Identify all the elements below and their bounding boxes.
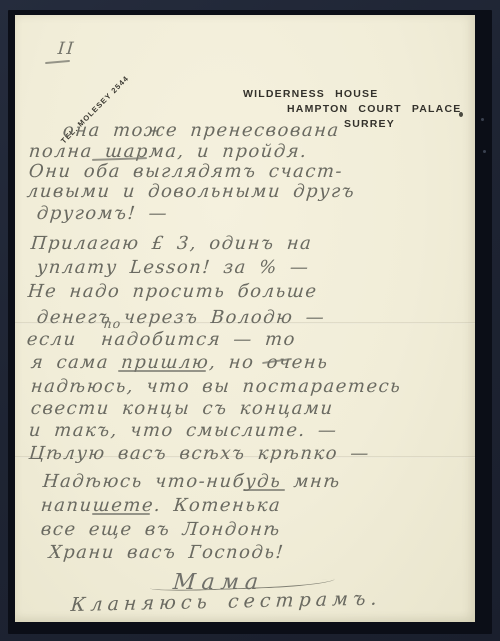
handwritten-line: надѣюсь, что вы постараетесь — [30, 376, 402, 397]
letterhead-house-line: WILDERNESS HOUSE — [243, 88, 378, 100]
letterhead-palace-line: HAMPTON COURT PALACE — [287, 103, 461, 115]
handwritten-line: денегъ черезъ Володю — — [36, 307, 326, 328]
handwritten-line: если надобится — то — [26, 329, 297, 350]
handwritten-line: Не надо просить больше — [27, 281, 318, 302]
letterhead-county-line: SURREY — [344, 118, 395, 130]
handwritten-line: она тоже пренесвована — [62, 120, 341, 141]
handwritten-line: Они оба выглядятъ счаст- — [28, 161, 344, 182]
letter-page: II TEL. MOLESEY 2544 WILDERNESS HOUSE HA… — [15, 15, 475, 622]
handwritten-line: Храни васъ Господь! — [48, 542, 285, 563]
inserted-word: по — [103, 316, 122, 331]
photo-frame: II TEL. MOLESEY 2544 WILDERNESS HOUSE HA… — [0, 0, 500, 641]
handwritten-line: полна шарма, и пройдя. — [28, 141, 308, 162]
handwritten-line: Прилагаю £ 3, одинъ на — [30, 233, 313, 254]
closing-line: Кланяюсь сестрамъ. — [70, 588, 382, 616]
handwritten-line: и такъ, что смыслите. — — [28, 420, 338, 441]
handwritten-line: другомъ! — — [36, 203, 169, 224]
page-number: II — [57, 39, 76, 59]
handwritten-line: все еще въ Лондонѣ — [40, 519, 282, 540]
underline-stroke — [92, 513, 150, 515]
handwritten-line: Надѣюсь что-нибудь мнѣ — [42, 471, 342, 492]
underline-stroke — [243, 489, 285, 491]
handwritten-line: Цѣлую васъ всѣхъ крѣпко — — [28, 443, 371, 464]
mat-speck — [481, 118, 484, 121]
mat-speck — [483, 150, 486, 153]
handwritten-line: свести концы съ концами — [30, 398, 334, 419]
handwritten-line: ливыми и довольными другъ — [26, 181, 356, 202]
underline-stroke — [118, 370, 206, 372]
page-number-underline — [45, 60, 70, 64]
handwritten-line: напишете. Котенька — [40, 495, 282, 516]
handwritten-line: уплату Lesson! за % — — [36, 257, 310, 278]
